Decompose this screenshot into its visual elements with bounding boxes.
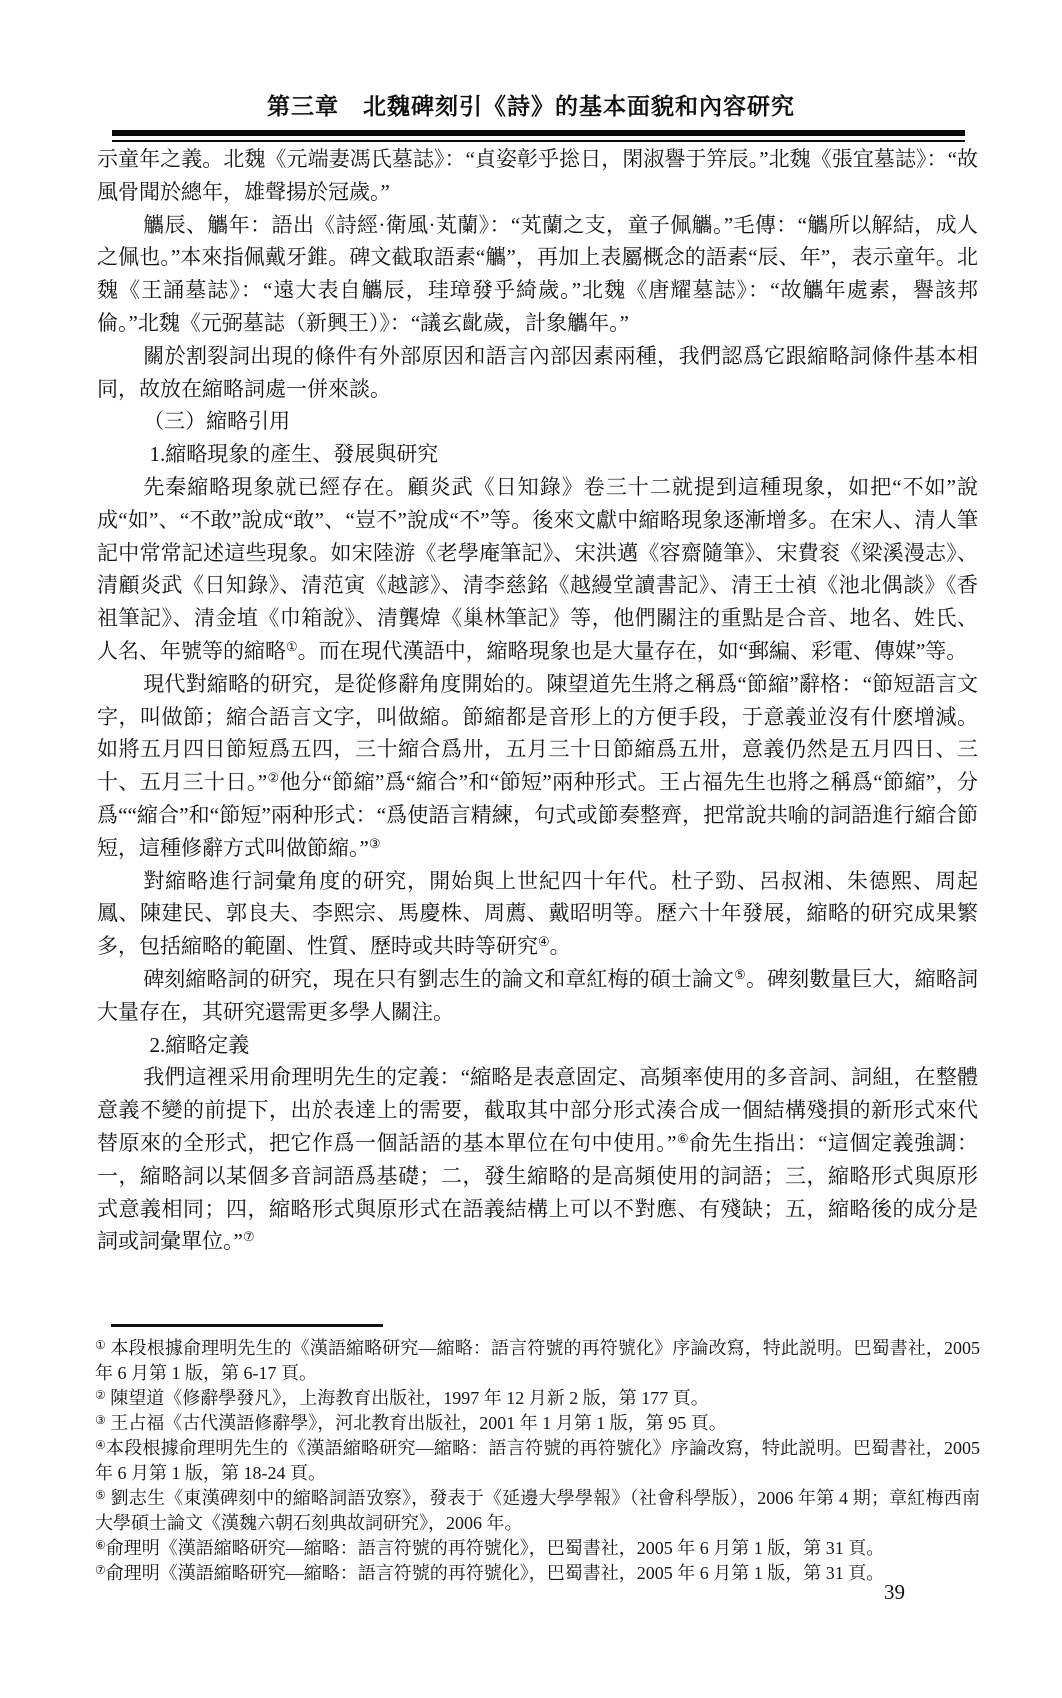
- footnote-reference: ②: [267, 770, 279, 785]
- footnote-reference: ①: [286, 639, 298, 654]
- paragraph: 對縮略進行詞彙角度的研究，開始與上世紀四十年代。杜子勁、呂叔湘、朱德熙、周起鳳、…: [97, 865, 978, 963]
- footnote-reference: ③: [369, 836, 381, 851]
- chapter-header-title: 第三章 北魏碑刻引《詩》的基本面貌和內容研究: [0, 88, 1062, 121]
- paragraph: 我們這裡采用俞理明先生的定義：“縮略是表意固定、高頻率使用的多音詞、詞組，在整體…: [97, 1061, 978, 1258]
- footnote-marker: ②: [95, 1388, 106, 1402]
- document-page: 第三章 北魏碑刻引《詩》的基本面貌和內容研究 示童年之義。北魏《元端妻馮氏墓誌》…: [0, 0, 1062, 1698]
- footnote-marker: ④: [95, 1438, 106, 1452]
- footnote-marker: ①: [95, 1338, 106, 1352]
- page-number: 39: [884, 1580, 905, 1605]
- footnote-reference: ④: [538, 934, 550, 949]
- footnote: ④本段根據俞理明先生的《漢語縮略研究—縮略：語言符號的再符號化》序論改寫，特此説…: [95, 1436, 980, 1486]
- footnotes: ① 本段根據俞理明先生的《漢語縮略研究—縮略：語言符號的再符號化》序論改寫，特此…: [95, 1336, 980, 1586]
- footnote-reference: ⑤: [734, 967, 746, 982]
- paragraph: 現代對縮略的研究，是從修辭角度開始的。陳望道先生將之稱爲“節縮”辭格：“節短語言…: [97, 668, 978, 865]
- section-heading: 1.縮略現象的產生、發展與研究: [97, 438, 978, 471]
- footnote-marker: ⑦: [95, 1563, 106, 1577]
- paragraph: 先秦縮略現象就已經存在。顧炎武《日知錄》卷三十二就提到這種現象，如把“不如”說成…: [97, 471, 978, 668]
- header-rule-thin: [112, 140, 965, 142]
- footnote: ⑤ 劉志生《東漢碑刻中的縮略詞語攷察》，發表于《延邊大學學報》（社會科學版），2…: [95, 1486, 980, 1536]
- footnote-marker: ③: [95, 1413, 106, 1427]
- paragraph: 示童年之義。北魏《元端妻馮氏墓誌》：“貞姿彰乎捴日，閑淑譽于笄辰。”北魏《張宜墓…: [97, 143, 978, 209]
- footnote-separator-rule: [111, 1324, 383, 1327]
- footnote-reference: ⑦: [243, 1229, 255, 1244]
- footnote-marker: ⑥: [95, 1538, 106, 1552]
- footnote: ③ 王占福《古代漢語修辭學》，河北教育出版社，2001 年 1 月第 1 版，第…: [95, 1411, 980, 1436]
- footnote: ⑥俞理明《漢語縮略研究—縮略：語言符號的再符號化》，巴蜀書社，2005 年 6 …: [95, 1536, 980, 1561]
- footnote: ② 陳望道《修辭學發凡》，上海教育出版社，1997 年 12 月新 2 版，第 …: [95, 1386, 980, 1411]
- footnote: ① 本段根據俞理明先生的《漢語縮略研究—縮略：語言符號的再符號化》序論改寫，特此…: [95, 1336, 980, 1386]
- paragraph: 碑刻縮略詞的研究，現在只有劉志生的論文和章紅梅的碩士論文⑤。碑刻數量巨大，縮略詞…: [97, 963, 978, 1029]
- section-heading: 2.縮略定義: [97, 1029, 978, 1062]
- paragraph: 關於割裂詞出現的條件有外部原因和語言內部因素兩種，我們認爲它跟縮略詞條件基本相同…: [97, 340, 978, 406]
- body-text: 示童年之義。北魏《元端妻馮氏墓誌》：“貞姿彰乎捴日，閑淑譽于笄辰。”北魏《張宜墓…: [97, 143, 978, 1258]
- footnote-marker: ⑤: [95, 1488, 106, 1502]
- paragraph: 觿辰、觿年：語出《詩經·衛風·芄蘭》：“芄蘭之支，童子佩觿。”毛傳：“觿所以解結…: [97, 209, 978, 340]
- footnote-reference: ⑥: [676, 1131, 689, 1146]
- footnote: ⑦俞理明《漢語縮略研究—縮略：語言符號的再符號化》，巴蜀書社，2005 年 6 …: [95, 1561, 980, 1586]
- section-heading: （三）縮略引用: [97, 405, 978, 438]
- header-rule-thick: [112, 130, 965, 136]
